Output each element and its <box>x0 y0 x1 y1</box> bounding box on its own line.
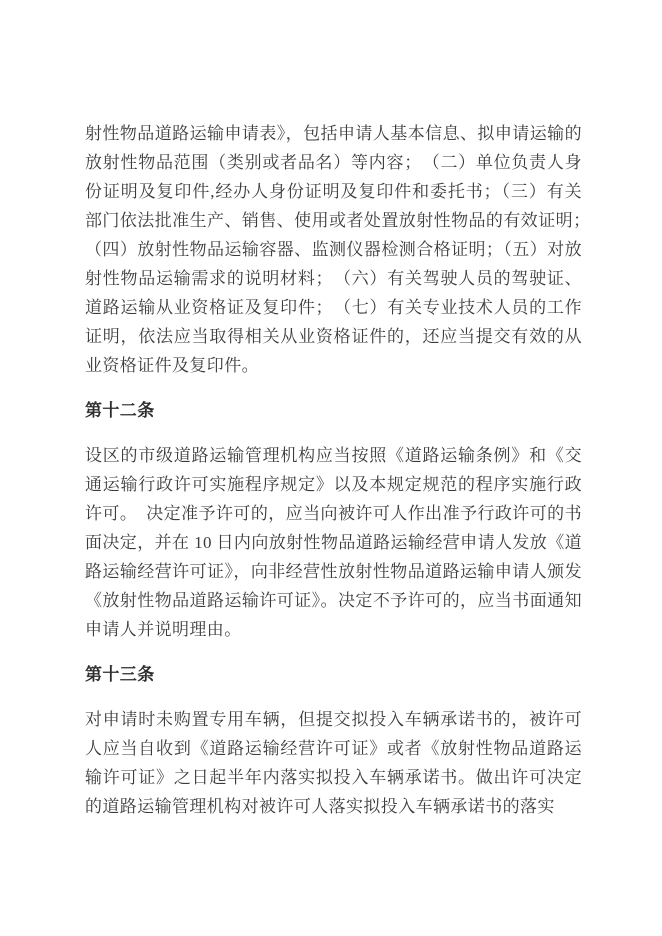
article-heading: 第十二条 <box>85 396 582 425</box>
body-paragraph: 射性物品道路运输申请表》，包括申请人基本信息、拟申请运输的放射性物品范围（类别或… <box>85 119 582 380</box>
article-heading: 第十三条 <box>85 660 582 689</box>
document-page: 射性物品道路运输申请表》，包括申请人基本信息、拟申请运输的放射性物品范围（类别或… <box>0 0 662 936</box>
article-body: 射性物品道路运输申请表》，包括申请人基本信息、拟申请运输的放射性物品范围（类别或… <box>85 119 582 821</box>
body-paragraph: 设区的市级道路运输管理机构应当按照《道路运输条例》和《交通运输行政许可实施程序规… <box>85 441 582 644</box>
body-paragraph: 对申请时未购置专用车辆，但提交拟投入车辆承诺书的，被许可人应当自收到《道路运输经… <box>85 705 582 821</box>
